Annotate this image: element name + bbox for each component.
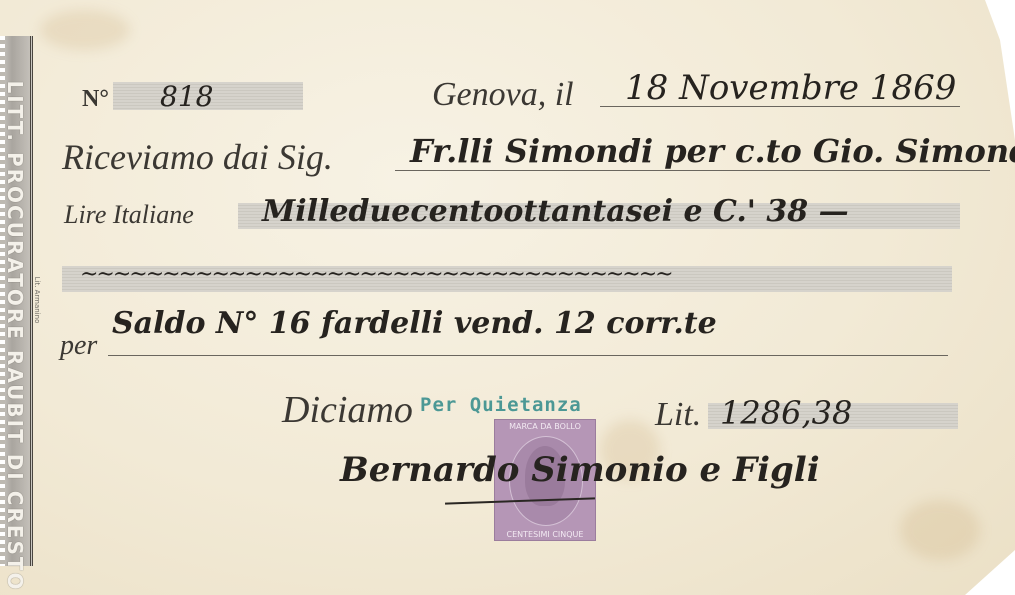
receipt-sheet: LITT. PROCURATORE RAUBIT DI CRESTO Lit. … — [0, 0, 1015, 595]
closing-label: Diciamo — [282, 388, 413, 432]
number-value: 818 — [160, 80, 213, 113]
printer-imprint: Lit. Armanino — [33, 277, 41, 324]
revenue-stamp-top-text: MARCA DA BOLLO — [495, 422, 595, 431]
age-stain — [900, 500, 980, 560]
receipt-stamp: Per Quietanza — [420, 394, 582, 416]
received-from: Fr.lli Simondi per c.to Gio. Simondi — [410, 132, 1015, 170]
signature: Bernardo Simonio e Figli — [340, 450, 820, 490]
place-label: Genova, il — [432, 76, 574, 114]
age-stain — [40, 10, 130, 50]
number-label: N° — [82, 86, 109, 113]
revenue-stamp-bottom-text: CENTESIMI CINQUE — [495, 530, 595, 539]
amount-words: Milleduecentoottantasei e C.' 38 — — [262, 194, 849, 229]
received-rule — [395, 170, 990, 171]
purpose-label: per — [60, 330, 97, 362]
received-label: Riceviamo dai Sig. — [62, 136, 333, 178]
purpose-rule — [108, 355, 948, 356]
amount-label: Lit. — [655, 396, 701, 434]
currency-label: Lire Italiane — [64, 200, 194, 230]
filler-line: ~~~~~~~~~~~~~~~~~~~~~~~~~~~~~~~~~~~~ — [80, 262, 940, 287]
purpose-text: Saldo N° 16 fardelli vend. 12 corr.te — [112, 306, 717, 341]
strip-text: LITT. PROCURATORE RAUBIT DI CRESTO — [3, 80, 27, 591]
perforation-edge — [0, 36, 5, 566]
amount-figures: 1286,38 — [720, 394, 852, 432]
date-value: 18 Novembre 1869 — [625, 68, 956, 108]
